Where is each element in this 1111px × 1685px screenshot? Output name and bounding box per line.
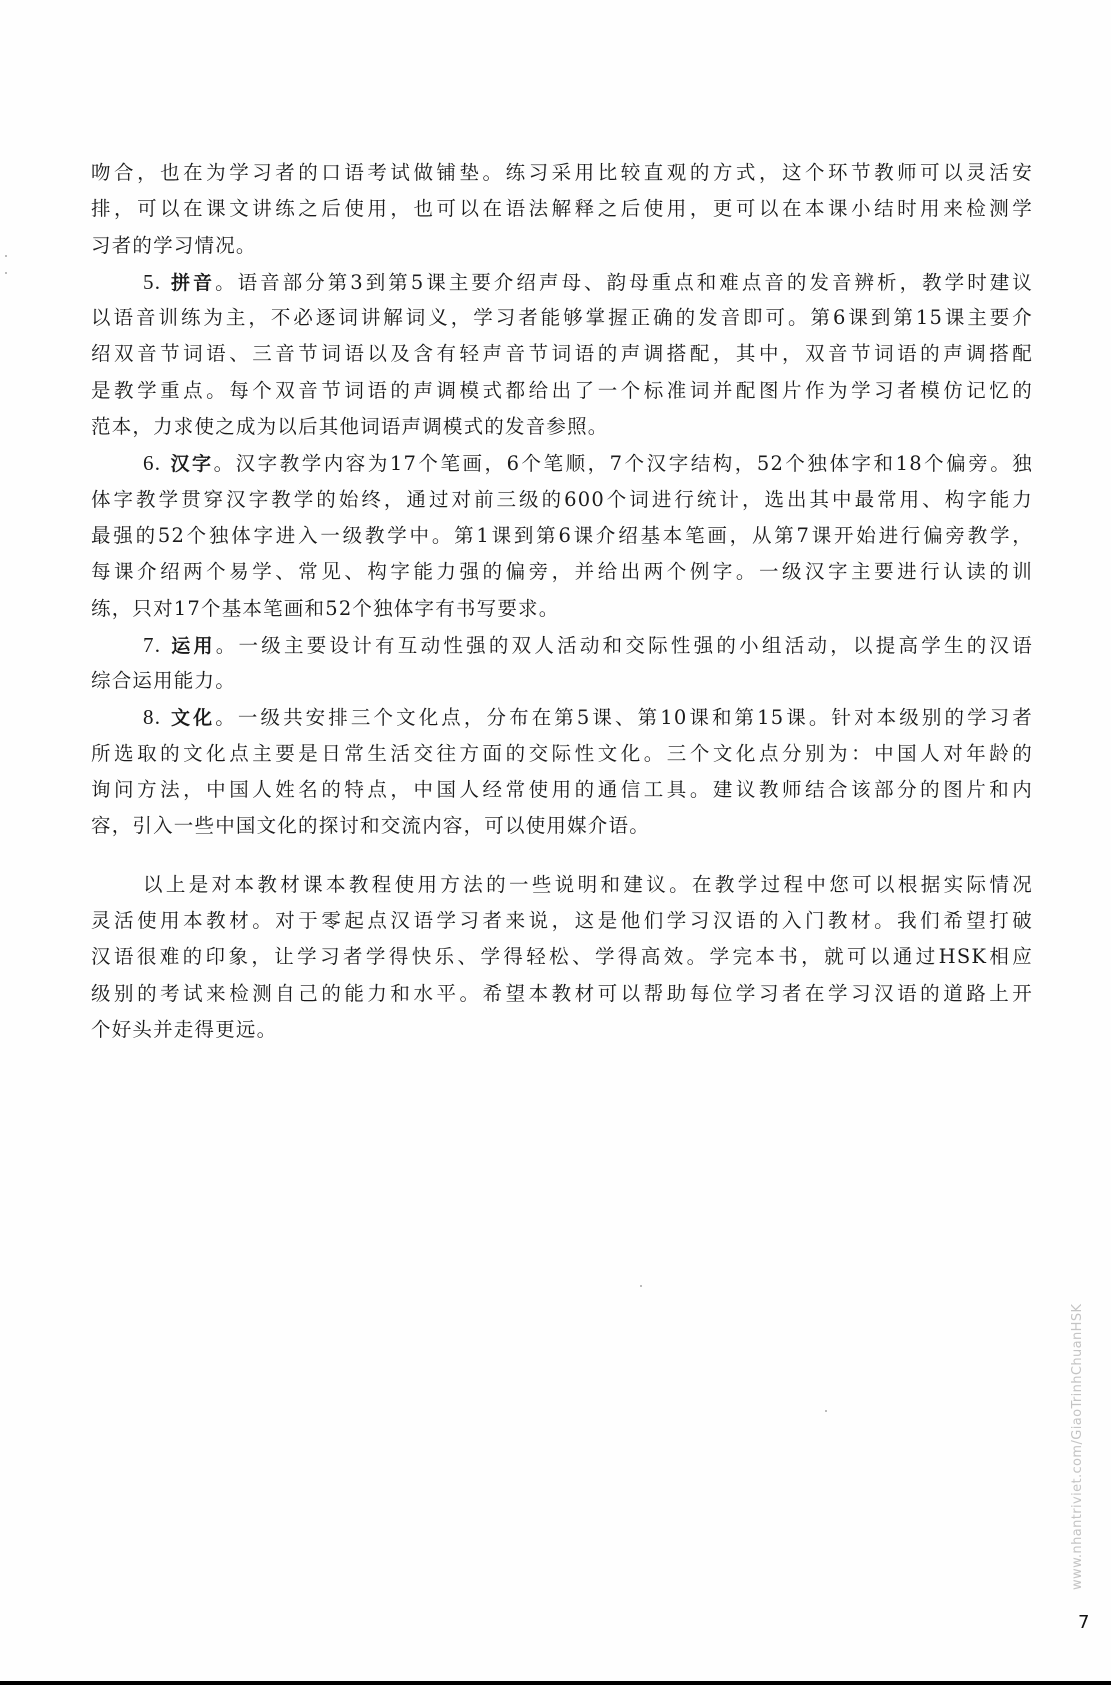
item-heading: 运用 <box>169 635 216 657</box>
text-line: 以上是对本教材课本教程使用方法的一些说明和建议。在教学过程中您可以根据实际情况 <box>91 867 1033 903</box>
item-heading: 文化 <box>169 707 215 729</box>
text-line: 个好头并走得更远。 <box>91 1012 1033 1048</box>
body-text: 吻合，也在为学习者的口语考试做铺垫。练习采用比较直观的方式，这个环节教师可以灵活… <box>91 155 1033 1048</box>
paragraph-item-5-pinyin: 5.拼音。语音部分第3到第5课主要介绍声母、韵母重点和难点音的发音辨析，教学时建… <box>91 264 1033 445</box>
paragraph-closing: 以上是对本教材课本教程使用方法的一些说明和建议。在教学过程中您可以根据实际情况 … <box>91 867 1033 1048</box>
item-text: 。语音部分第3到第5课主要介绍声母、韵母重点和难点音的发音辨析，教学时建议 <box>215 271 1033 294</box>
text-line: 综合运用能力。 <box>91 663 1033 699</box>
text-line: 级别的考试来检测自己的能力和水平。希望本教材可以帮助每位学习者在学习汉语的道路上… <box>91 976 1033 1012</box>
document-page: 吻合，也在为学习者的口语考试做铺垫。练习采用比较直观的方式，这个环节教师可以灵活… <box>0 0 1111 1680</box>
text-line: 8.文化。一级共安排三个文化点，分布在第5课、第10课和第15课。针对本级别的学… <box>91 699 1033 735</box>
text-line: 吻合，也在为学习者的口语考试做铺垫。练习采用比较直观的方式，这个环节教师可以灵活… <box>91 155 1033 191</box>
item-heading: 汉字 <box>169 453 213 475</box>
item-number: 8. <box>143 705 161 729</box>
scan-speck <box>640 1285 642 1287</box>
text-line: 灵活使用本教材。对于零起点汉语学习者来说，这是他们学习汉语的入门教材。我们希望打… <box>91 903 1033 939</box>
page-number: 7 <box>1078 1612 1089 1633</box>
scan-speck <box>5 272 7 274</box>
bottom-border <box>0 1681 1111 1685</box>
item-number: 7. <box>143 633 161 657</box>
text-line: 最强的52个独体字进入一级教学中。第1课到第6课介绍基本笔画，从第7课开始进行偏… <box>91 518 1033 554</box>
paragraph-item-6-hanzi: 6.汉字。汉字教学内容为17个笔画，6个笔顺，7个汉字结构，52个独体字和18个… <box>91 445 1033 626</box>
text-line: 范本，力求使之成为以后其他词语声调模式的发音参照。 <box>91 409 1033 445</box>
paragraph-gap <box>91 845 1033 867</box>
item-heading: 拼音 <box>169 272 215 294</box>
item-number: 5. <box>143 270 161 294</box>
text-line: 6.汉字。汉字教学内容为17个笔画，6个笔顺，7个汉字结构，52个独体字和18个… <box>91 445 1033 481</box>
text-line: 所选取的文化点主要是日常生活交往方面的交际性文化。三个文化点分别为：中国人对年龄… <box>91 736 1033 772</box>
text-line: 容，引入一些中国文化的探讨和交流内容，可以使用媒介语。 <box>91 808 1033 844</box>
paragraph-item-8-culture: 8.文化。一级共安排三个文化点，分布在第5课、第10课和第15课。针对本级别的学… <box>91 699 1033 844</box>
text-line: 7.运用。一级主要设计有互动性强的双人活动和交际性强的小组活动，以提高学生的汉语 <box>91 627 1033 663</box>
scan-speck <box>825 1410 827 1412</box>
text-line: 每课介绍两个易学、常见、构字能力强的偏旁，并给出两个例字。一级汉字主要进行认读的… <box>91 554 1033 590</box>
watermark-url: www.nhantriviet.com/GiaoTrinhChuanHSK <box>1070 1140 1085 1590</box>
text-line: 5.拼音。语音部分第3到第5课主要介绍声母、韵母重点和难点音的发音辨析，教学时建… <box>91 264 1033 300</box>
paragraph-continuation: 吻合，也在为学习者的口语考试做铺垫。练习采用比较直观的方式，这个环节教师可以灵活… <box>91 155 1033 264</box>
item-text: 。汉字教学内容为17个笔画，6个笔顺，7个汉字结构，52个独体字和18个偏旁。独 <box>214 452 1033 475</box>
item-text: 。一级共安排三个文化点，分布在第5课、第10课和第15课。针对本级别的学习者 <box>215 706 1033 729</box>
text-line: 以语音训练为主，不必逐词讲解词义，学习者能够掌握正确的发音即可。第6课到第15课… <box>91 300 1033 336</box>
text-line: 询问方法，中国人姓名的特点，中国人经常使用的通信工具。建议教师结合该部分的图片和… <box>91 772 1033 808</box>
paragraph-item-7-application: 7.运用。一级主要设计有互动性强的双人活动和交际性强的小组活动，以提高学生的汉语… <box>91 627 1033 700</box>
scan-speck <box>5 255 7 257</box>
item-text: 。一级主要设计有互动性强的双人活动和交际性强的小组活动，以提高学生的汉语 <box>216 634 1033 657</box>
text-line: 练，只对17个基本笔画和52个独体字有书写要求。 <box>91 591 1033 627</box>
text-line: 是教学重点。每个双音节词语的声调模式都给出了一个标准词并配图片作为学习者模仿记忆… <box>91 373 1033 409</box>
text-line: 汉语很难的印象，让学习者学得快乐、学得轻松、学得高效。学完本书，就可以通过HSK… <box>91 939 1033 975</box>
text-line: 绍双音节词语、三音节词语以及含有轻声音节词语的声调搭配，其中，双音节词语的声调搭… <box>91 336 1033 372</box>
text-line: 排，可以在课文讲练之后使用，也可以在语法解释之后使用，更可以在本课小结时用来检测… <box>91 191 1033 227</box>
text-line: 体字教学贯穿汉字教学的始终，通过对前三级的600个词进行统计，选出其中最常用、构… <box>91 482 1033 518</box>
text-line: 习者的学习情况。 <box>91 228 1033 264</box>
item-number: 6. <box>143 451 161 475</box>
